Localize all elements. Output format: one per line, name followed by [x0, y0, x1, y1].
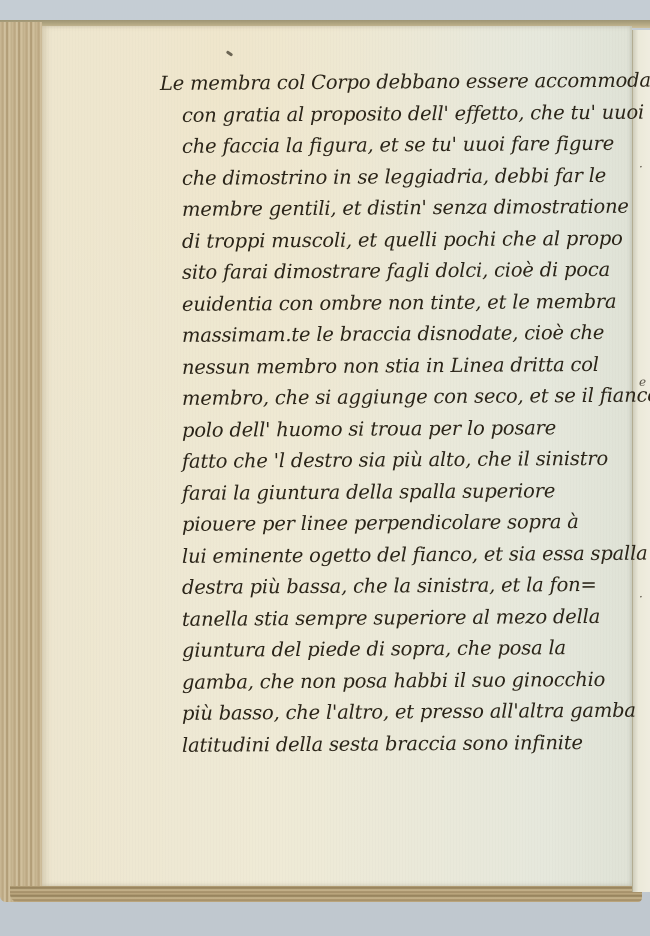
- manuscript-line: nessun membro non stia in Linea dritta c…: [160, 348, 635, 383]
- manuscript-line: gamba, che non posa habbi il suo ginocch…: [160, 663, 635, 698]
- manuscript-line: sito farai dimostrare fagli dolci, cioè …: [160, 254, 635, 289]
- manuscript-line: membro, che si aggiunge con seco, et se …: [160, 380, 635, 415]
- manuscript-line: che faccia la figura, et se tu' uuoi far…: [160, 128, 635, 163]
- facing-page-mark: ·: [639, 160, 643, 174]
- manuscript-line: piouere per linee perpendicolare sopra à: [160, 506, 635, 541]
- book-block-left-edge: [0, 22, 42, 902]
- manuscript-line: lui eminente ogetto del fianco, et sia e…: [160, 537, 635, 572]
- book-bottom-edge: [10, 886, 642, 902]
- manuscript-line: giuntura del piede di sopra, che posa la: [160, 632, 635, 667]
- manuscript-line: tanella stia sempre superiore al mezo de…: [160, 600, 635, 635]
- manuscript-line: di troppi muscoli, et quelli pochi che a…: [160, 222, 635, 257]
- manuscript-line: più basso, che l'altro, et presso all'al…: [160, 695, 635, 730]
- manuscript-line: fatto che 'l destro sia più alto, che il…: [160, 443, 635, 478]
- manuscript-line: euidentia con ombre non tinte, et le mem…: [160, 285, 635, 320]
- facing-page-mark: ·: [639, 590, 643, 604]
- manuscript-line: Le membra col Corpo debbano essere accom…: [160, 65, 635, 100]
- manuscript-text: Le membra col Corpo debbano essere accom…: [160, 68, 635, 761]
- scan-scene: · e · Le membra col Corpo debbano essere…: [0, 0, 650, 936]
- manuscript-line: membre gentili, et distin' senza dimostr…: [160, 191, 635, 226]
- manuscript-line: massimam.te le braccia disnodate, cioè c…: [160, 317, 635, 352]
- manuscript-line: destra più bassa, che la sinistra, et la…: [160, 569, 635, 604]
- manuscript-line: con gratia al proposito dell' effetto, c…: [160, 96, 635, 131]
- manuscript-line: polo dell' huomo si troua per lo posare: [160, 411, 635, 446]
- manuscript-line: latitudini della sesta braccia sono infi…: [160, 726, 635, 761]
- manuscript-line: che dimostrino in se leggiadria, debbi f…: [160, 159, 635, 194]
- manuscript-line: farai la giuntura della spalla superiore: [160, 474, 635, 509]
